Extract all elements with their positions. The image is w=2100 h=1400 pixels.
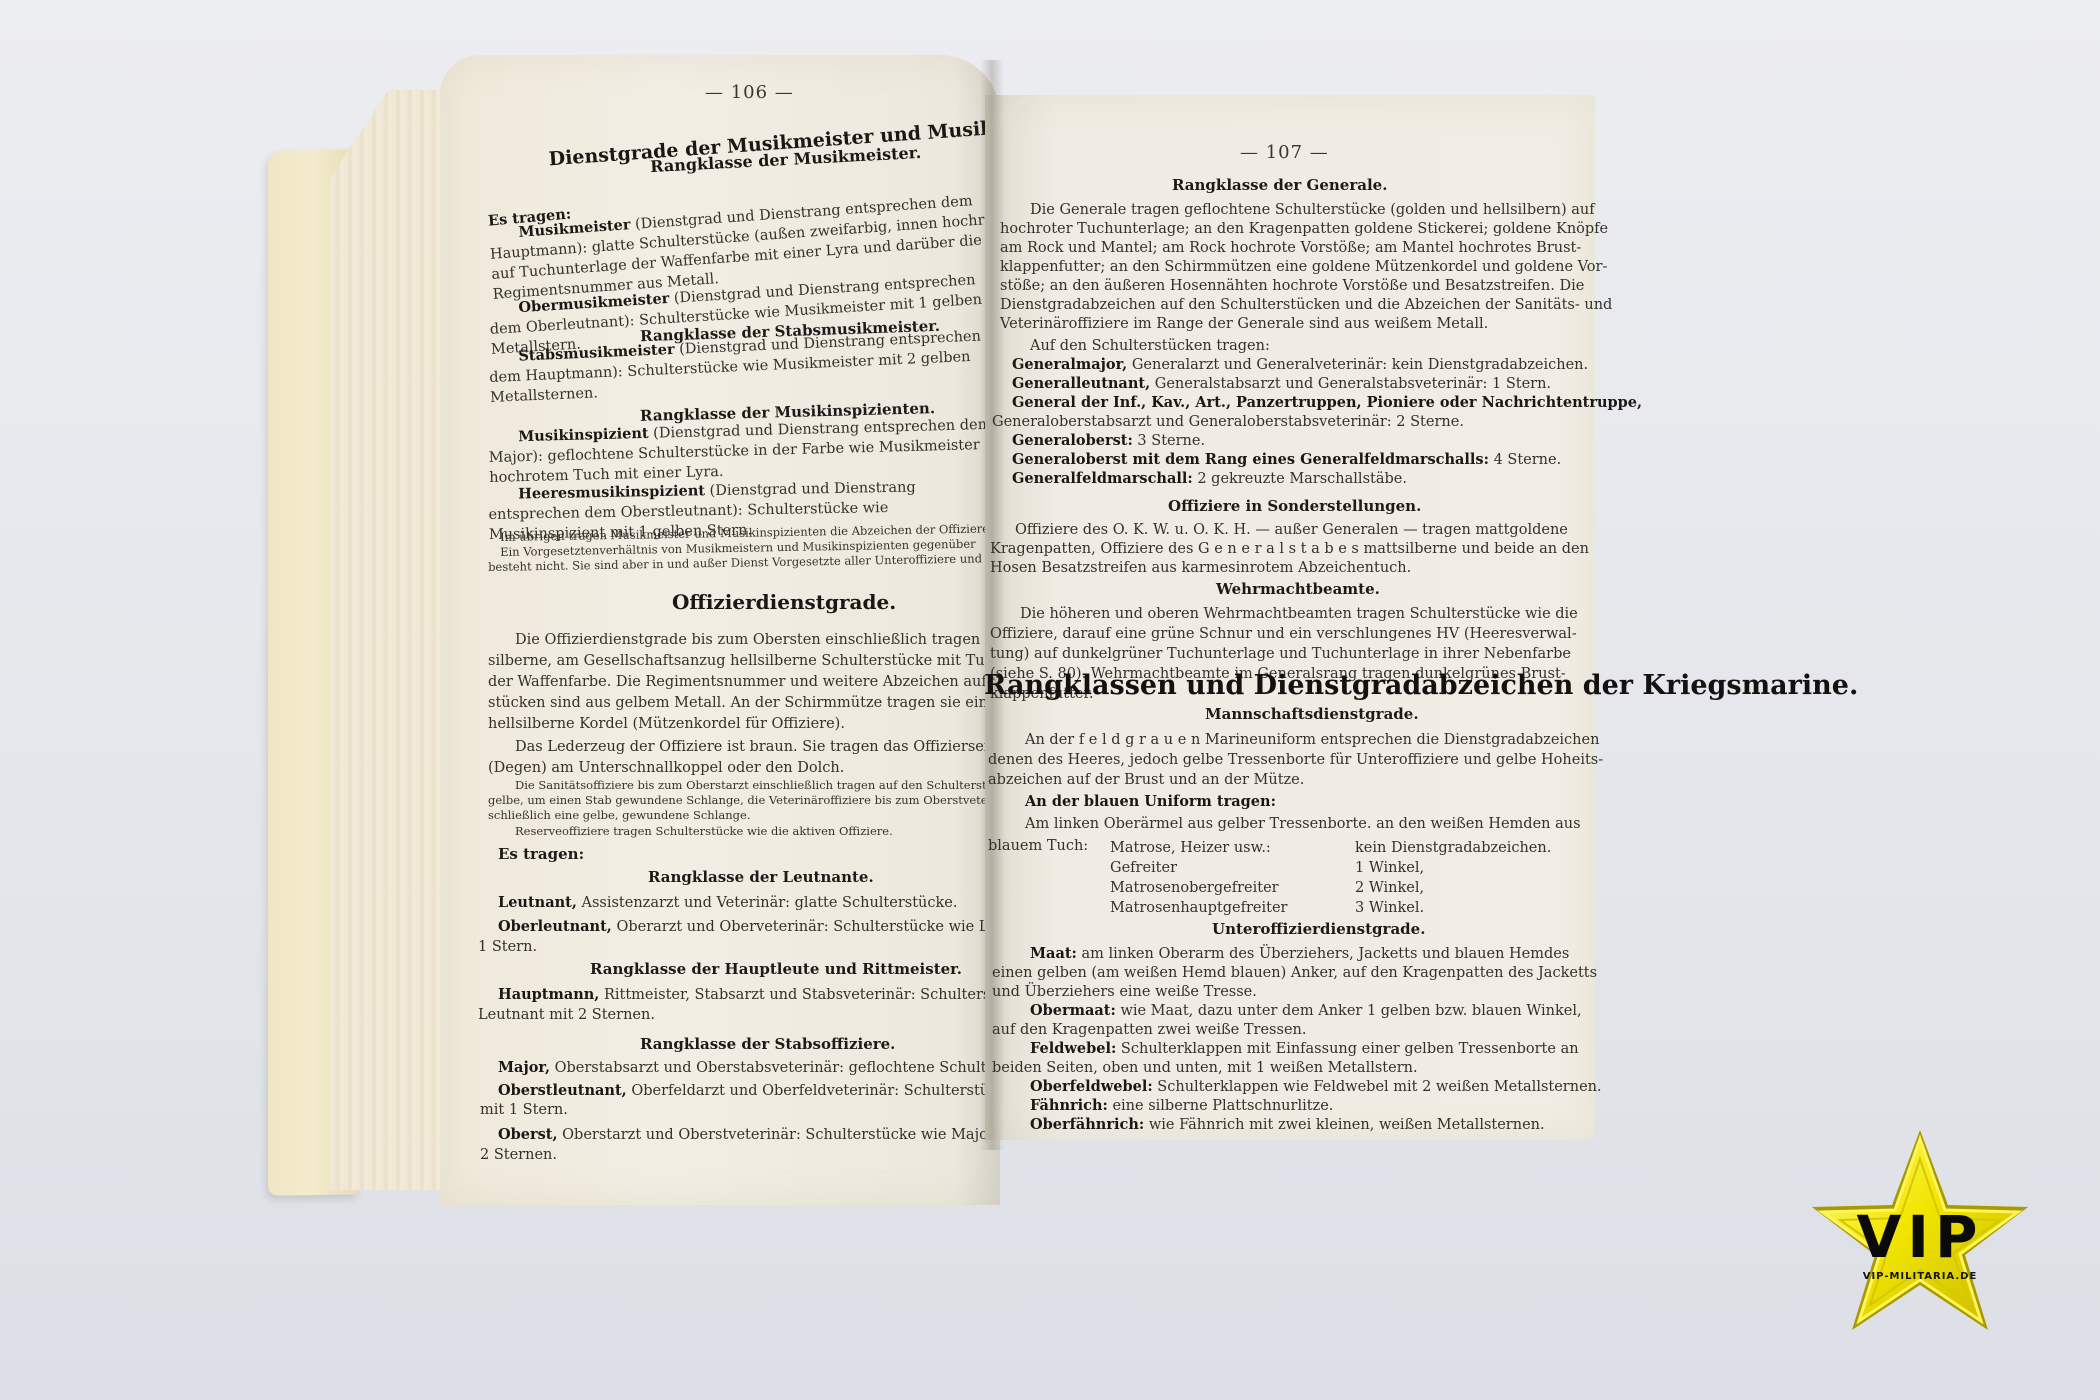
- sonder-line-2: Kragenpatten, Offiziere des G e n e r a …: [990, 539, 1589, 559]
- mannschaft-line-3: abzeichen auf der Brust und an der Mütze…: [988, 770, 1304, 790]
- term: Generalmajor,: [1012, 356, 1127, 373]
- winkel-table: Matrose, Heizer usw.:kein Dienstgradabze…: [1110, 838, 1551, 918]
- winkel-row: Matrosenhauptgefreiter3 Winkel.: [1110, 898, 1551, 918]
- term: Oberst,: [498, 1126, 558, 1143]
- section-heading-offizierdienstgrade: Offizierdienstgrade.: [672, 590, 896, 614]
- term: Leutnant,: [498, 894, 577, 911]
- offizier-line-5: hellsilberne Kordel (Mützenkordel für Of…: [488, 714, 845, 734]
- beamte-line-3: tung) auf dunkelgrüner Tuchunterlage und…: [990, 644, 1571, 664]
- generale-line-5: stöße; an den äußeren Hosennähten hochro…: [1000, 276, 1584, 296]
- mannschaft-line-1: An der f e l d g r a u e n Marineuniform…: [1025, 730, 1599, 750]
- term: Maat:: [1030, 945, 1077, 962]
- definition: 3 Sterne.: [1137, 433, 1205, 449]
- left-page-number: — 106 —: [705, 82, 794, 103]
- section-heading-stabsoffiziere: Rangklasse der Stabsoffiziere.: [640, 1035, 895, 1053]
- entry-leutnant: Leutnant, Assistenzarzt und Veterinär: g…: [498, 893, 957, 913]
- definition: Schulterklappen wie Feldwebel mit 2 weiß…: [1157, 1079, 1601, 1095]
- rank-generalmajor: Generalmajor, Generalarzt und Generalvet…: [1012, 355, 1588, 375]
- entry-maat-cont-1: einen gelben (am weißen Hemd blauen) Ank…: [992, 963, 1597, 983]
- entry-oberst: Oberst, Oberstarzt und Oberstveterinär: …: [498, 1125, 1024, 1145]
- rank: Matrosenhauptgefreiter: [1110, 898, 1355, 918]
- winkel-row: Matrosenobergefreiter2 Winkel,: [1110, 878, 1551, 898]
- section-heading-unteroffizierdienstgrade: Unteroffizierdienstgrade.: [1212, 920, 1425, 938]
- sanitaet-note-3: schließlich eine gelbe, gewundene Schlan…: [488, 808, 750, 823]
- rank-generalleutnant: Generalleutnant, Generalstabsarzt und Ge…: [1012, 374, 1551, 394]
- vip-militaria-watermark: VIP VIP-MILITARIA.DE: [1810, 1125, 2030, 1335]
- insignia: 1 Winkel,: [1355, 858, 1424, 878]
- definition: am linken Oberarm des Überziehers, Jacke…: [1082, 946, 1570, 962]
- entry-obermaat: Obermaat: wie Maat, dazu unter dem Anker…: [1030, 1001, 1582, 1021]
- rank: Matrosenobergefreiter: [1110, 878, 1355, 898]
- entry-oberfeldwebel: Oberfeldwebel: Schulterklappen wie Feldw…: [1030, 1077, 1602, 1097]
- watermark-url-text: VIP-MILITARIA.DE: [1810, 1271, 2030, 1282]
- rank-generalfeldmarschall: Generalfeldmarschall: 2 gekreuzte Marsch…: [1012, 469, 1407, 489]
- section-heading-mannschaftsdienstgrade: Mannschaftsdienstgrade.: [1205, 705, 1419, 723]
- term: Generalfeldmarschall:: [1012, 470, 1193, 487]
- chapter-heading-kriegsmarine: Rangklassen und Dienstgradabzeichen der …: [984, 670, 1858, 701]
- generale-line-6: Dienstgradabzeichen auf den Schulterstüc…: [1000, 295, 1612, 315]
- insignia: kein Dienstgradabzeichen.: [1355, 838, 1551, 858]
- section-heading-generale: Rangklasse der Generale.: [1172, 176, 1387, 194]
- entry-oberfaehnrich: Oberfähnrich: wie Fähnrich mit zwei klei…: [1030, 1115, 1545, 1135]
- definition: Generalstabsarzt und Generalstabsveterin…: [1155, 376, 1551, 392]
- rank-general-der-waffengattung-cont: Generaloberstabsarzt und Generaloberstab…: [992, 412, 1464, 432]
- beamte-line-2: Offiziere, darauf eine grüne Schnur und …: [990, 624, 1577, 644]
- rank: Gefreiter: [1110, 858, 1355, 878]
- entry-obermaat-cont: auf den Kragenpatten zwei weiße Tressen.: [992, 1020, 1306, 1040]
- term: Generaloberst mit dem Rang eines General…: [1012, 451, 1489, 468]
- term: Generalleutnant,: [1012, 375, 1150, 392]
- section-heading-sonderstellungen: Offiziere in Sonderstellungen.: [1168, 497, 1421, 515]
- definition: Generalarzt und Generalveterinär: kein D…: [1132, 357, 1588, 373]
- definition: 2 gekreuzte Marschallstäbe.: [1197, 471, 1407, 487]
- entry-maat-cont-2: und Überziehers eine weiße Tresse.: [992, 982, 1257, 1002]
- beamte-line-1: Die höheren und oberen Wehrmachtbeamten …: [1020, 604, 1578, 624]
- rank-generaloberst: Generaloberst: 3 Sterne.: [1012, 431, 1205, 451]
- insignia: 2 Winkel,: [1355, 878, 1424, 898]
- blaue-line-2: blauem Tuch:: [988, 836, 1088, 856]
- rank: Matrose, Heizer usw.:: [1110, 838, 1355, 858]
- right-page-number: — 107 —: [1240, 142, 1329, 163]
- offizier-line-1: Die Offizierdienstgrade bis zum Obersten…: [515, 630, 1032, 650]
- term: Hauptmann,: [498, 986, 599, 1003]
- entry-major: Major, Oberstabsarzt und Oberstabsveteri…: [498, 1058, 1055, 1078]
- blaue-line-1: Am linken Oberärmel aus gelber Tressenbo…: [1025, 814, 1581, 834]
- definition: Schulterklappen mit Einfassung einer gel…: [1121, 1041, 1579, 1057]
- definition: Assistenzarzt und Veterinär: glatte Schu…: [582, 895, 958, 911]
- section-heading-hauptleute: Rangklasse der Hauptleute und Rittmeiste…: [590, 960, 962, 978]
- term: Generaloberst:: [1012, 432, 1133, 449]
- generale-line-1: Die Generale tragen geflochtene Schulter…: [1030, 200, 1595, 220]
- term: Heeresmusikinspizient: [488, 482, 705, 503]
- term: Major,: [498, 1059, 550, 1076]
- insignia: 3 Winkel.: [1355, 898, 1424, 918]
- section-heading-leutnante: Rangklasse der Leutnante.: [648, 868, 874, 886]
- term: General der Inf., Kav., Art., Panzertrup…: [1012, 394, 1642, 411]
- entry-maat: Maat: am linken Oberarm des Überziehers,…: [1030, 944, 1569, 964]
- entry-feldwebel: Feldwebel: Schulterklappen mit Einfassun…: [1030, 1039, 1579, 1059]
- generale-line-7: Veterinäroffiziere im Range der Generale…: [1000, 314, 1488, 334]
- term: Oberfeldwebel:: [1030, 1078, 1153, 1095]
- open-book: — 106 — Dienstgrade der Musikmeister und…: [0, 0, 2100, 1400]
- term: Oberstleutnant,: [498, 1082, 627, 1099]
- auf-den-schulterstuecken: Auf den Schulterstücken tragen:: [1030, 336, 1270, 356]
- entry-oberst-cont: 2 Sternen.: [480, 1145, 557, 1165]
- winkel-row: Gefreiter1 Winkel,: [1110, 858, 1551, 878]
- term: Feldwebel:: [1030, 1040, 1116, 1057]
- entry-oberleutnant-cont: 1 Stern.: [478, 937, 537, 957]
- offizier-line-4: stücken sind aus gelbem Metall. An der S…: [488, 693, 996, 713]
- watermark-main-text: VIP: [1810, 1203, 2030, 1271]
- sanitaet-note-1: Die Sanitätsoffiziere bis zum Oberstarzt…: [515, 778, 1050, 793]
- sanitaet-note-2: gelbe, um einen Stab gewundene Schlange,…: [488, 793, 1042, 808]
- entry-faehnrich: Fähnrich: eine silberne Plattschnurlitze…: [1030, 1096, 1333, 1116]
- generale-line-3: am Rock und Mantel; am Rock hochrote Vor…: [1000, 238, 1581, 258]
- mannschaft-line-2: denen des Heeres, jedoch gelbe Tressenbo…: [988, 750, 1603, 770]
- blaue-uniform-heading: An der blauen Uniform tragen:: [1025, 792, 1276, 812]
- definition: wie Maat, dazu unter dem Anker 1 gelben …: [1120, 1003, 1581, 1019]
- definition: 4 Sterne.: [1494, 452, 1562, 468]
- es-tragen-heading: Es tragen:: [498, 845, 584, 863]
- definition: Oberstarzt und Oberstveterinär: Schulter…: [562, 1127, 1023, 1143]
- winkel-row: Matrose, Heizer usw.:kein Dienstgradabze…: [1110, 838, 1551, 858]
- generale-line-4: klappenfutter; an den Schirmmützen eine …: [1000, 257, 1607, 277]
- term: Obermaat:: [1030, 1002, 1116, 1019]
- rank-general-der-waffengattung: General der Inf., Kav., Art., Panzertrup…: [1012, 393, 1642, 413]
- entry-feldwebel-cont: beiden Seiten, oben und unten, mit 1 wei…: [992, 1058, 1418, 1078]
- entry-hauptmann: Hauptmann, Rittmeister, Stabsarzt und St…: [498, 985, 1061, 1005]
- sonder-line-1: Offiziere des O. K. W. u. O. K. H. — auß…: [1015, 520, 1568, 540]
- definition: wie Fähnrich mit zwei kleinen, weißen Me…: [1149, 1117, 1545, 1133]
- lederzeug-line-2: (Degen) am Unterschnallkoppel oder den D…: [488, 758, 844, 778]
- definition: eine silberne Plattschnurlitze.: [1112, 1098, 1333, 1114]
- section-heading-wehrmachtbeamte: Wehrmachtbeamte.: [1216, 580, 1380, 598]
- generale-line-2: hochroter Tuchunterlage; an den Kragenpa…: [1000, 219, 1608, 239]
- term: Oberfähnrich:: [1030, 1116, 1144, 1133]
- reserve-note: Reserveoffiziere tragen Schulterstücke w…: [515, 824, 893, 839]
- sonder-line-3: Hosen Besatzstreifen aus karmesinrotem A…: [990, 558, 1411, 578]
- term: Musikinspizient: [488, 425, 649, 446]
- entry-oberstleutnant-cont: mit 1 Stern.: [480, 1100, 568, 1120]
- rank-generaloberst-feldmarschall: Generaloberst mit dem Rang eines General…: [1012, 450, 1561, 470]
- term: Fähnrich:: [1030, 1097, 1108, 1114]
- term: Oberleutnant,: [498, 918, 612, 935]
- entry-hauptmann-cont: Leutnant mit 2 Sternen.: [478, 1005, 655, 1025]
